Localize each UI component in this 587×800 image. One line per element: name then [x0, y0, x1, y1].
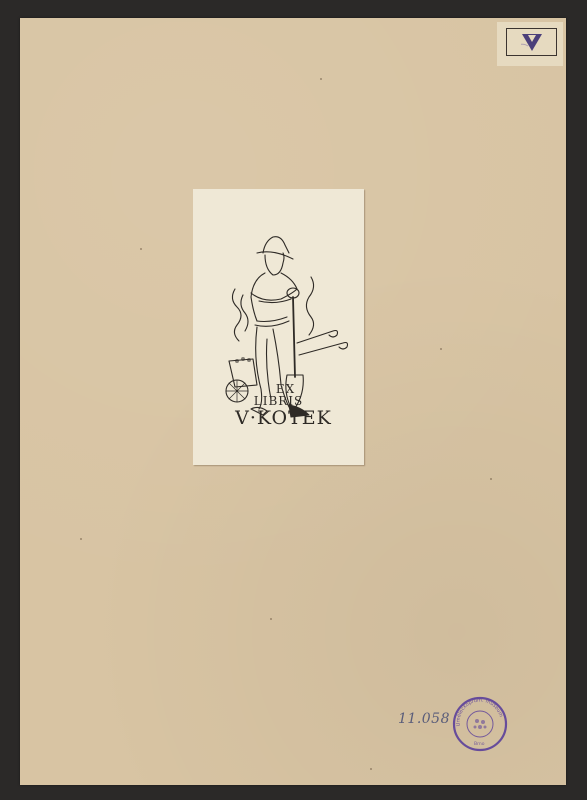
- inventory-number: 11.058: [398, 711, 450, 727]
- svg-text:Uměleckoprům. museum: Uměleckoprům. museum: [455, 697, 504, 727]
- paper-speck: [490, 478, 492, 480]
- paper-speck: [370, 768, 372, 770]
- paper-speck: [140, 248, 142, 250]
- collection-label-frame: [506, 28, 557, 56]
- triangle-v-mark-icon: [521, 32, 543, 52]
- bookplate-owner: V·KOTEK: [193, 407, 364, 429]
- bookplate-card: EX LIBRIS V·KOTEK: [193, 189, 364, 465]
- paper-speck: [270, 618, 272, 620]
- museum-stamp-icon: Uměleckoprům. museum Brno: [450, 694, 510, 754]
- mount-sheet: EX LIBRIS V·KOTEK 11.058 Uměleckoprům. m…: [20, 18, 566, 785]
- bookplate-libris: LIBRIS: [193, 394, 364, 408]
- svg-text:Brno: Brno: [474, 741, 485, 747]
- paper-speck: [80, 538, 82, 540]
- paper-speck: [320, 78, 322, 80]
- collection-label: [497, 22, 563, 66]
- paper-speck: [440, 348, 442, 350]
